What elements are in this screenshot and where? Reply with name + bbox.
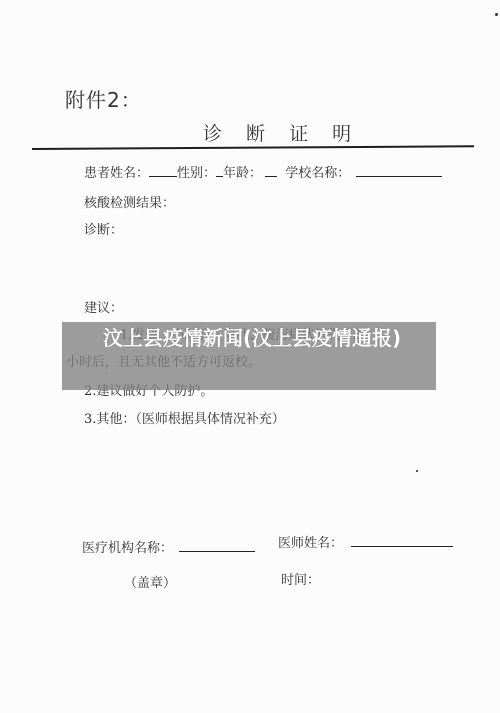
doctor-label: 医师姓名： bbox=[278, 536, 343, 551]
scan-speck bbox=[416, 470, 418, 472]
title-divider bbox=[32, 145, 474, 150]
age-blank bbox=[265, 164, 277, 177]
institution-row: 医疗机构名称： bbox=[82, 537, 255, 556]
institution-blank bbox=[179, 539, 255, 552]
patient-name-blank bbox=[149, 164, 177, 177]
doctor-blank bbox=[351, 534, 453, 547]
scan-speck bbox=[495, 13, 498, 16]
doctor-row: 医师姓名： bbox=[278, 532, 453, 551]
patient-info-row: 患者姓名：性别：年龄： 学校名称： bbox=[84, 162, 442, 181]
time-label: 时间： bbox=[281, 569, 320, 588]
institution-label: 医疗机构名称： bbox=[82, 541, 173, 556]
patient-name-label: 患者姓名： bbox=[84, 166, 149, 181]
age-label: 年龄： bbox=[223, 166, 262, 181]
document-title: 诊 断 证 明 bbox=[203, 119, 360, 146]
gender-blank bbox=[216, 164, 223, 177]
school-blank bbox=[356, 164, 442, 177]
seal-label: （盖章） bbox=[124, 572, 176, 591]
nucleic-test-label: 核酸检测结果： bbox=[84, 192, 175, 211]
attachment-label: 附件2： bbox=[65, 84, 142, 113]
advice-item-3: 3.其他：（医师根据具体情况补充） bbox=[84, 408, 285, 427]
overlay-caption: 汶上县疫情新闻(汶上县疫情通报) bbox=[72, 324, 432, 352]
caption-overlay: 汶上县疫情新闻(汶上县疫情通报) bbox=[62, 322, 436, 390]
school-label: 学校名称： bbox=[285, 166, 350, 181]
diagnosis-label: 诊断： bbox=[84, 219, 123, 238]
advice-label: 建议： bbox=[84, 297, 123, 316]
gender-label: 性别： bbox=[177, 166, 216, 181]
